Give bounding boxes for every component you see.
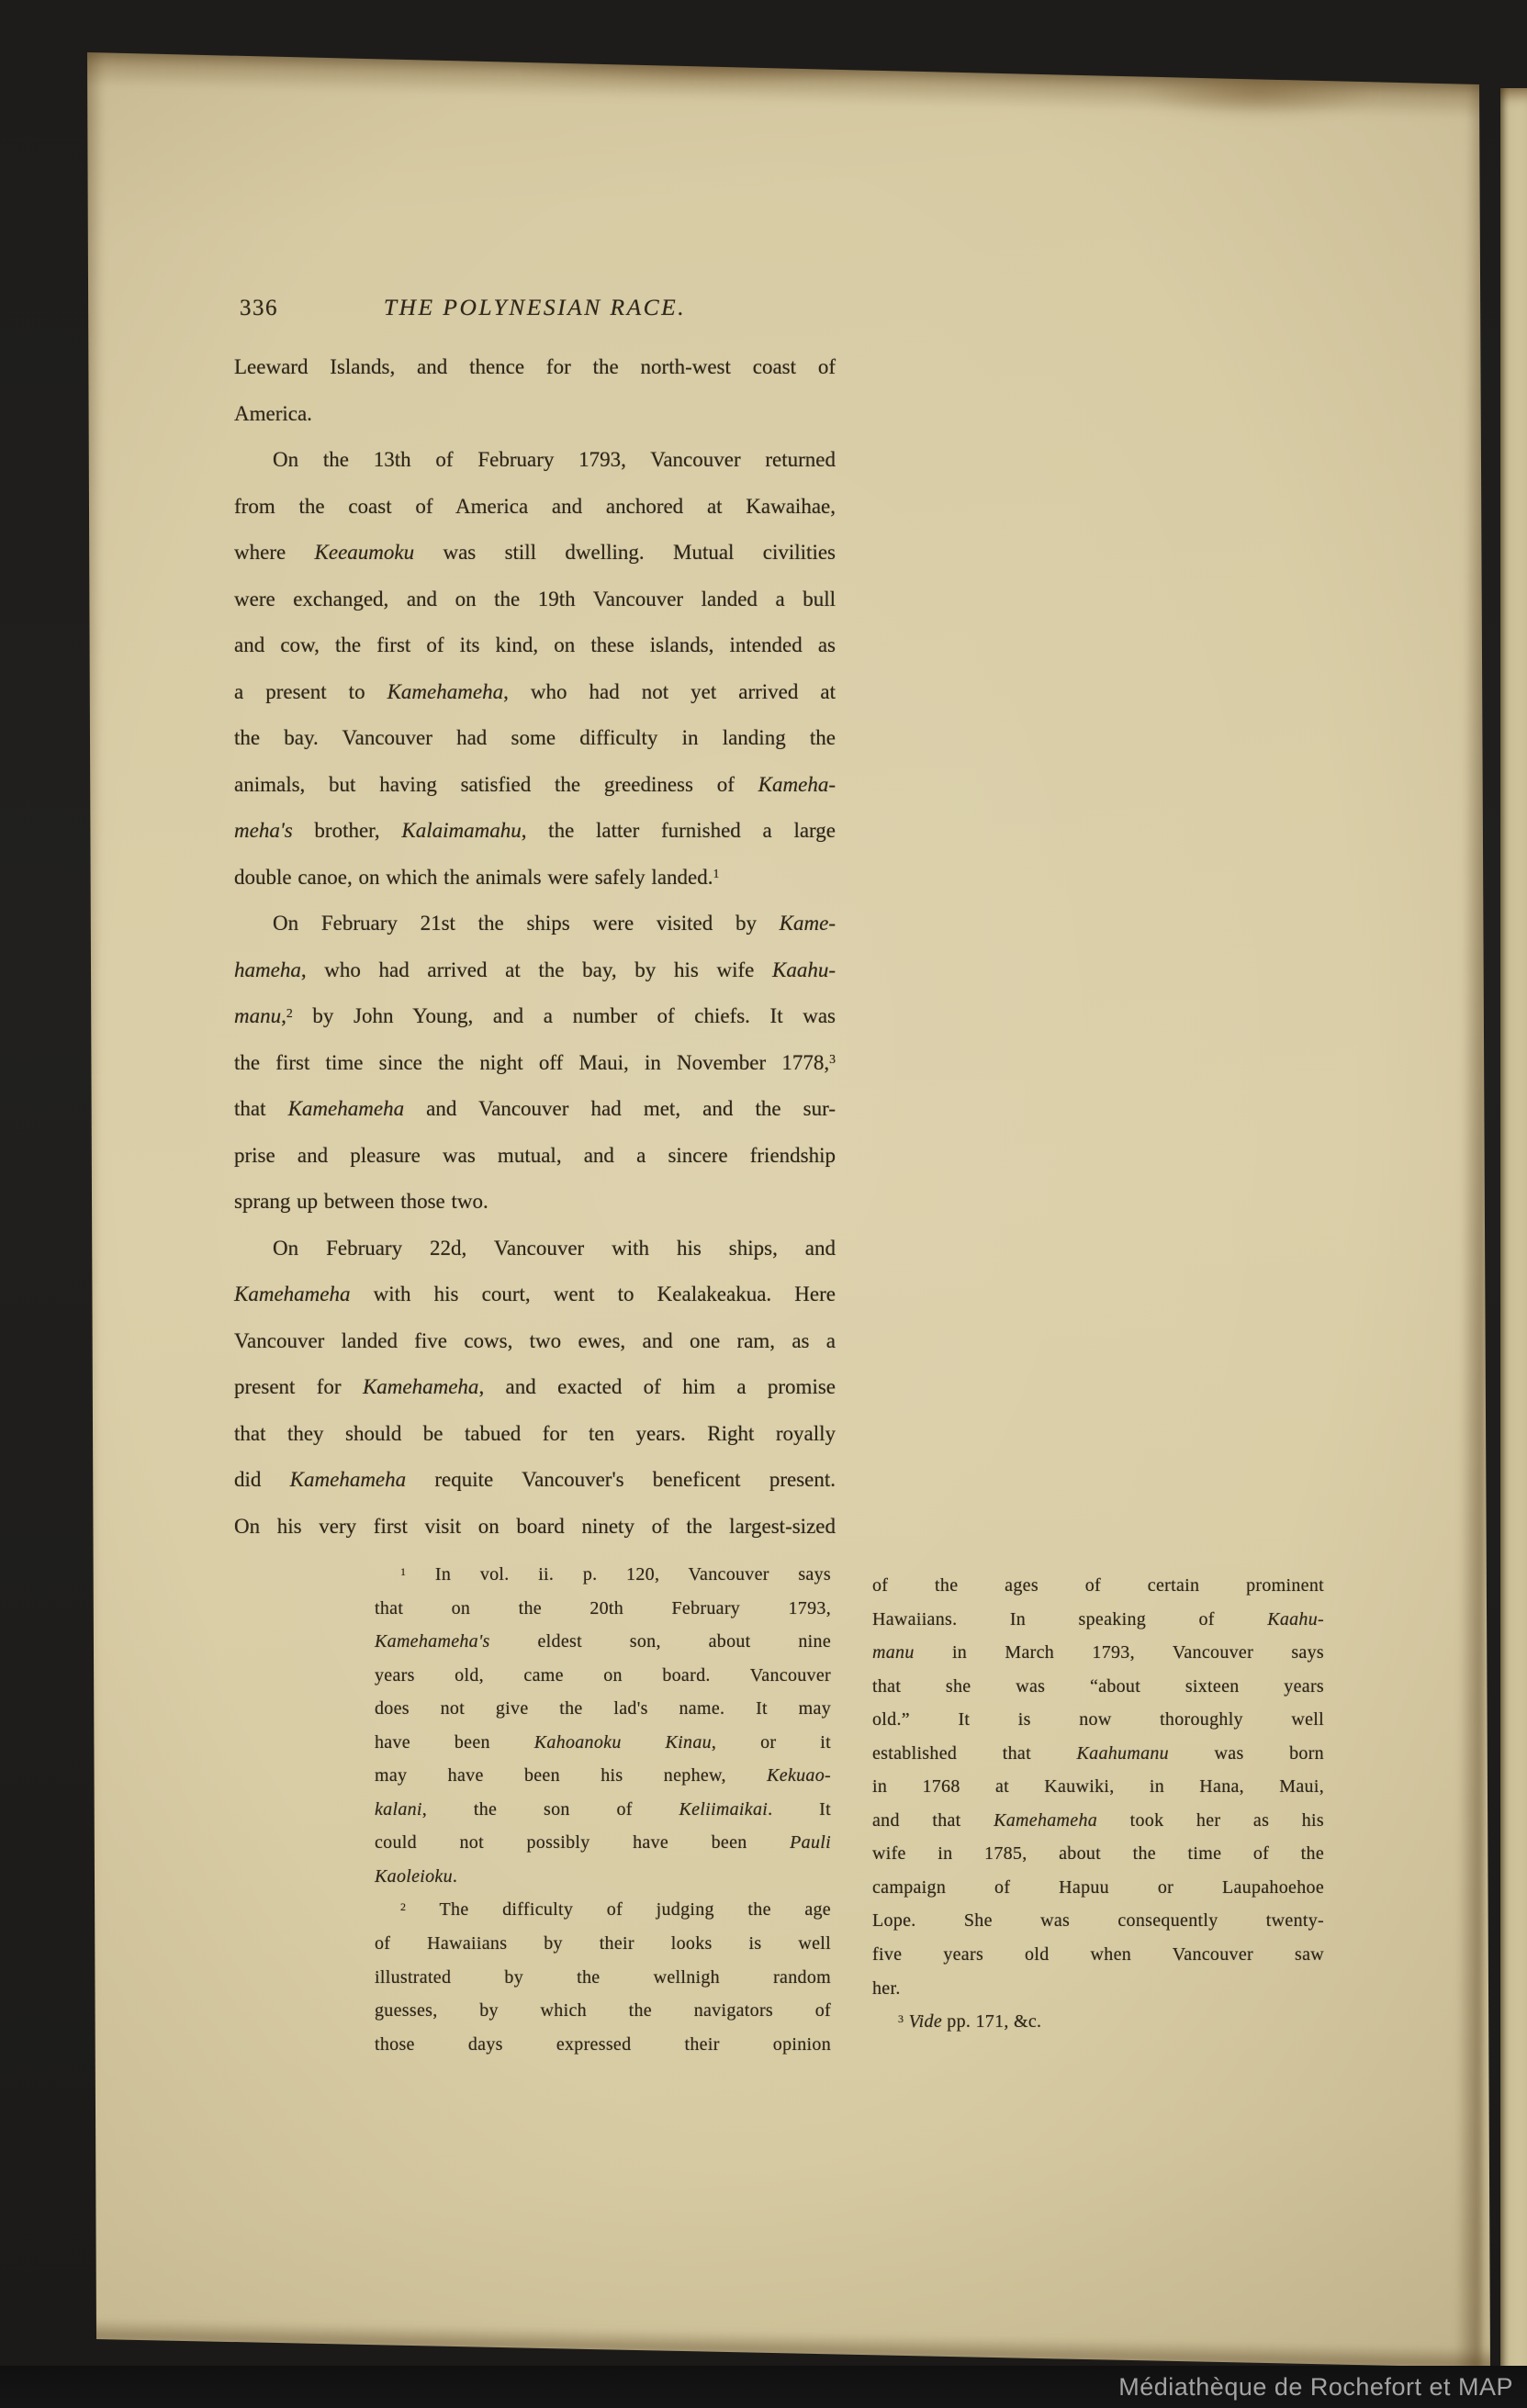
text-line: a present to Kamehameha, who had not yet… xyxy=(234,669,836,716)
text-line: the first time since the night off Maui,… xyxy=(234,1040,836,1087)
text-line: Kamehameha with his court, went to Keala… xyxy=(234,1271,836,1318)
footnote-column-right: of the ages of certain prominentHawaiian… xyxy=(872,1569,1324,2039)
text-line: Kaoleioku. xyxy=(375,1860,831,1894)
text-line: campaign of Hapuu or Laupahoehoe xyxy=(872,1871,1324,1905)
text-line: that they should be tabued for ten years… xyxy=(234,1411,836,1458)
text-line: could not possibly have been Pauli xyxy=(375,1826,831,1860)
text-line: that on the 20th February 1793, xyxy=(375,1592,831,1626)
body-text: Leeward Islands, and thence for the nort… xyxy=(234,344,836,1550)
text-line: animals, but having satisfied the greedi… xyxy=(234,762,836,809)
text-line: in 1768 at Kauwiki, in Hana, Maui, xyxy=(872,1770,1324,1804)
text-line: meha's brother, Kalaimamahu, the latter … xyxy=(234,808,836,855)
text-line: of Hawaiians by their looks is well xyxy=(375,1927,831,1961)
text-line: America. xyxy=(234,391,836,438)
text-line: sprang up between those two. xyxy=(234,1179,836,1226)
text-line: the bay. Vancouver had some difficulty i… xyxy=(234,715,836,762)
text-line: 1 In vol. ii. p. 120, Vancouver says xyxy=(375,1558,831,1592)
text-line: years old, came on board. Vancouver xyxy=(375,1659,831,1693)
text-line: Lope. She was consequently twenty- xyxy=(872,1904,1324,1938)
text-line: prise and pleasure was mutual, and a sin… xyxy=(234,1133,836,1180)
watermark-label: Médiathèque de Rochefort et MAP xyxy=(1118,2366,1513,2408)
text-line: that Kamehameha and Vancouver had met, a… xyxy=(234,1086,836,1133)
text-line: guesses, by which the navigators of xyxy=(375,1994,831,2028)
text-line: Hawaiians. In speaking of Kaahu- xyxy=(872,1603,1324,1637)
text-line: 3 Vide pp. 171, &c. xyxy=(872,2005,1324,2039)
running-title: THE POLYNESIAN RACE. xyxy=(234,294,836,321)
text-line: have been Kahoanoku Kinau, or it xyxy=(375,1726,831,1760)
text-line: 2 The difficulty of judging the age xyxy=(375,1893,831,1927)
printed-content: 336 THE POLYNESIAN RACE. Leeward Islands… xyxy=(0,0,1527,2408)
text-line: those days expressed their opinion xyxy=(375,2028,831,2062)
text-line: kalani, the son of Keliimaikai. It xyxy=(375,1793,831,1827)
text-line: On his very first visit on board ninety … xyxy=(234,1504,836,1551)
book-page: 336 THE POLYNESIAN RACE. Leeward Islands… xyxy=(0,0,1527,2408)
text-line: illustrated by the wellnigh random xyxy=(375,1961,831,1995)
text-line: present for Kamehameha, and exacted of h… xyxy=(234,1364,836,1411)
text-line: and that Kamehameha took her as his xyxy=(872,1804,1324,1838)
text-line: did Kamehameha requite Vancouver's benef… xyxy=(234,1457,836,1504)
footnote-column-left: 1 In vol. ii. p. 120, Vancouver saysthat… xyxy=(375,1558,831,2061)
text-line: where Keeaumoku was still dwelling. Mutu… xyxy=(234,530,836,577)
text-line: manu in March 1793, Vancouver says xyxy=(872,1636,1324,1670)
text-line: that she was “about sixteen years xyxy=(872,1670,1324,1704)
text-line: were exchanged, and on the 19th Vancouve… xyxy=(234,577,836,623)
text-line: On February 22d, Vancouver with his ship… xyxy=(234,1226,836,1272)
text-line: Leeward Islands, and thence for the nort… xyxy=(234,344,836,391)
text-line: On the 13th of February 1793, Vancouver … xyxy=(234,437,836,484)
watermark-bar: Médiathèque de Rochefort et MAP xyxy=(0,2366,1527,2408)
text-line: of the ages of certain prominent xyxy=(872,1569,1324,1603)
page-header: 336 THE POLYNESIAN RACE. xyxy=(234,294,836,327)
text-line: does not give the lad's name. It may xyxy=(375,1692,831,1726)
text-line: five years old when Vancouver saw xyxy=(872,1938,1324,1972)
text-line: established that Kaahumanu was born xyxy=(872,1737,1324,1771)
text-line: manu,2 by John Young, and a number of ch… xyxy=(234,993,836,1040)
text-line: Vancouver landed five cows, two ewes, an… xyxy=(234,1318,836,1365)
scanned-book-photo: 336 THE POLYNESIAN RACE. Leeward Islands… xyxy=(0,0,1527,2408)
text-line: and cow, the first of its kind, on these… xyxy=(234,622,836,669)
text-line: Kamehameha's eldest son, about nine xyxy=(375,1625,831,1659)
text-line: old.” It is now thoroughly well xyxy=(872,1703,1324,1737)
page-stack-fore-edge xyxy=(1500,88,1527,2380)
text-line: double canoe, on which the animals were … xyxy=(234,855,836,902)
text-line: wife in 1785, about the time of the xyxy=(872,1837,1324,1871)
text-line: hameha, who had arrived at the bay, by h… xyxy=(234,947,836,994)
text-line: her. xyxy=(872,1972,1324,2006)
text-line: On February 21st the ships were visited … xyxy=(234,901,836,947)
text-line: from the coast of America and anchored a… xyxy=(234,484,836,531)
text-line: may have been his nephew, Kekuao- xyxy=(375,1759,831,1793)
